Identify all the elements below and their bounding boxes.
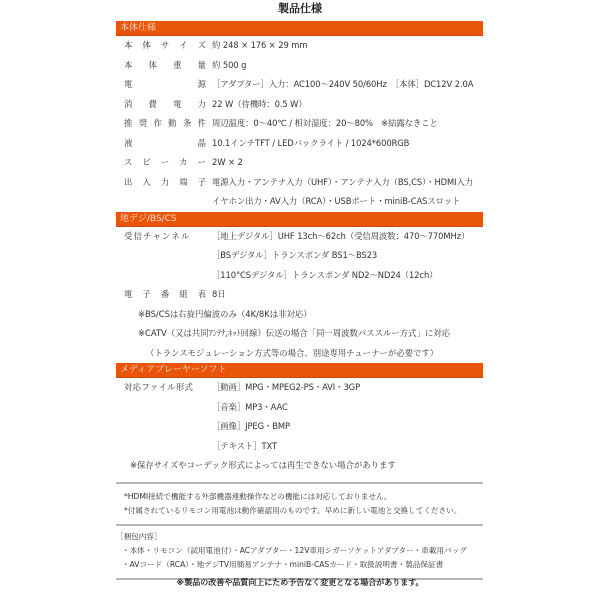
label-char: サ <box>161 36 169 56</box>
spec-label <box>116 437 212 457</box>
label-char: ピ <box>142 153 150 173</box>
spec-value: 10.1インチTFT / LEDバックライト / 1024*600RGB <box>212 134 483 154</box>
label-char: 費 <box>149 95 157 115</box>
spec-value: 8日 <box>212 285 483 305</box>
label-char: 力 <box>198 95 206 115</box>
package-contents: ［梱包内容］ ・本体・リモコン（試用電池付）・ACアダプター・12V車用シガーソ… <box>116 526 483 578</box>
spec-label: 本 体 サ イ ズ <box>116 36 212 56</box>
spec-row-file-formats-text: ［テキスト］TXT <box>116 437 483 457</box>
spec-label: 推 奨 作 動 条 件 <box>116 114 212 134</box>
label-char: 液 <box>124 134 132 154</box>
spec-row-channels: 受信チャンネル ［地上デジタル］UHF 13ch〜62ch（受信周波数：470〜… <box>116 227 483 247</box>
spec-value: ［110°CSデジタル］トランスポンダ ND2〜ND24（12ch） <box>212 266 483 286</box>
label-char: 体 <box>149 56 157 76</box>
note-transmodulation: （トランスモジュレーション方式等の場合、別途専用チューナーが必要です） <box>116 344 483 364</box>
spec-label <box>116 398 212 418</box>
spec-row-channels-bs: ［BSデジタル］トランスポンダ BS1〜BS23 <box>116 246 483 266</box>
spec-value: ［テキスト］TXT <box>212 437 483 457</box>
label-char: 電 <box>124 75 132 95</box>
spec-label: ス ピ ー カ ー <box>116 153 212 173</box>
spec-value: 約 248 × 176 × 29 mm <box>212 36 483 56</box>
spec-row-epg: 電 子 番 組 表 8日 <box>116 285 483 305</box>
label-char: 電 <box>124 285 132 305</box>
label-char: ー <box>161 153 169 173</box>
label-char: 組 <box>179 285 187 305</box>
label-char: 体 <box>142 36 150 56</box>
spec-value: ［地上デジタル］UHF 13ch〜62ch（受信周波数：470〜770MHz） <box>212 227 483 247</box>
note-playback: ※保存サイズやコーデック形式によっては再生できない場合があります <box>116 456 483 476</box>
label-char: 晶 <box>198 134 206 154</box>
label-char: 番 <box>161 285 169 305</box>
spec-value: 周辺温度：0〜40℃ / 相対湿度：20〜80% ※結露なきこと <box>212 114 483 134</box>
label-char: 入 <box>142 173 150 193</box>
spec-value: 2W × 2 <box>212 153 483 173</box>
label-char: 消 <box>124 95 132 115</box>
spec-row-operating-conditions: 推 奨 作 動 条 件 周辺温度：0〜40℃ / 相対湿度：20〜80% ※結露… <box>116 114 483 134</box>
label-char: 本 <box>124 56 132 76</box>
spec-value: ［音楽］MP3・AAC <box>212 398 483 418</box>
page-title: 製品仕様 <box>0 0 600 16</box>
label-char: 条 <box>183 114 191 134</box>
label-char: ズ <box>198 36 206 56</box>
label-char: 電 <box>173 95 181 115</box>
spec-row-file-formats-image: ［画像］JPEG・BMP <box>116 417 483 437</box>
spec-row-power-source: 電 源 ［アダプター］入力：AC100〜240V 50/60Hz ［本体］DC1… <box>116 75 483 95</box>
label-char: 表 <box>198 285 206 305</box>
spec-label: 本 体 重 量 <box>116 56 212 76</box>
label-char: カ <box>179 153 187 173</box>
spec-label: 受信チャンネル <box>116 227 212 247</box>
label-char: イ <box>179 36 187 56</box>
label-char: 力 <box>161 173 169 193</box>
spec-label <box>116 192 212 212</box>
package-line: ・AVコード（RCA）・地デジTV用簡易アンテナ・miniB-CASカード・取扱… <box>116 558 483 572</box>
spec-label <box>116 417 212 437</box>
spec-row-file-formats-audio: ［音楽］MP3・AAC <box>116 398 483 418</box>
spec-row-weight: 本 体 重 量 約 500 g <box>116 56 483 76</box>
label-char: 重 <box>173 56 181 76</box>
spec-label: 対応ファイル形式 <box>116 378 212 398</box>
footnotes: *HDMI接続で機能する外部機器連動操作などの機能には対応しておりません。 *付… <box>116 484 483 524</box>
spec-label: 電 源 <box>116 75 212 95</box>
label-char: 動 <box>168 114 176 134</box>
spec-value: 22 W（待機時：0.5 W） <box>212 95 483 115</box>
spec-label: 液 晶 <box>116 134 212 154</box>
spec-row-power-consumption: 消 費 電 力 22 W（待機時：0.5 W） <box>116 95 483 115</box>
spec-value: ［BSデジタル］トランスポンダ BS1〜BS23 <box>212 246 483 266</box>
spec-label <box>116 246 212 266</box>
spec-label <box>116 266 212 286</box>
section-header-tv-tuner: 地デジ/BS/CS <box>116 212 483 227</box>
label-char: 推 <box>124 114 132 134</box>
spec-value: イヤホン出力・AV入力（RCA）・USBポート・miniB-CASスロット <box>212 192 483 212</box>
section-header-media-player: メディアプレーヤーソフト <box>116 363 483 378</box>
spec-value: 電源入力・アンテナ入力（UHF）・アンテナ入力（BS,CS）・HDMI入力 <box>212 173 483 193</box>
package-title: ［梱包内容］ <box>116 530 483 544</box>
disclaimer: ※製品の改善や品質向上にため予告なく変更となる場合があります。 <box>0 577 600 588</box>
spec-value: ［アダプター］入力：AC100〜240V 50/60Hz ［本体］DC12V 2… <box>212 75 483 95</box>
label-char: ー <box>198 153 206 173</box>
label-char: 量 <box>198 56 206 76</box>
note-catv: ※CATV（又は共同ｱﾝﾃﾅ,ﾈｯﾄ回線）伝送の場合「同一周波数パススルー方式」… <box>116 324 483 344</box>
spec-label: 出 入 力 端 子 <box>116 173 212 193</box>
spec-value: ［動画］MPG・MPEG2-PS・AVI・3GP <box>212 378 483 398</box>
label-char: 奨 <box>139 114 147 134</box>
note-bs-cs: ※BS/CSは右旋円偏波のみ（4K/8Kは非対応） <box>116 305 483 325</box>
spec-label: 消 費 電 力 <box>116 95 212 115</box>
spec-row-speaker: ス ピ ー カ ー 2W × 2 <box>116 153 483 173</box>
label-char: 端 <box>179 173 187 193</box>
spec-sheet: 本体仕様 本 体 サ イ ズ 約 248 × 176 × 29 mm 本 体 重… <box>116 21 483 580</box>
label-char: 源 <box>198 75 206 95</box>
label-char: 子 <box>142 285 150 305</box>
spec-value: ［画像］JPEG・BMP <box>212 417 483 437</box>
spec-row-lcd: 液 晶 10.1インチTFT / LEDバックライト / 1024*600RGB <box>116 134 483 154</box>
spec-label: 電 子 番 組 表 <box>116 285 212 305</box>
spec-row-io-ports: 出 入 力 端 子 電源入力・アンテナ入力（UHF）・アンテナ入力（BS,CS）… <box>116 173 483 193</box>
spec-row-io-ports-cont: イヤホン出力・AV入力（RCA）・USBポート・miniB-CASスロット <box>116 192 483 212</box>
label-char: 子 <box>198 173 206 193</box>
spec-value: 約 500 g <box>212 56 483 76</box>
spec-row-size: 本 体 サ イ ズ 約 248 × 176 × 29 mm <box>116 36 483 56</box>
label-char: 本 <box>124 36 132 56</box>
label-char: 出 <box>124 173 132 193</box>
footnote-battery: *付属されているリモコン用電池は動作確認用のものです。早めに新しい電池と交換して… <box>124 504 483 518</box>
label-char: 作 <box>153 114 161 134</box>
footnote-hdmi: *HDMI接続で機能する外部機器連動操作などの機能には対応しておりません。 <box>124 490 483 504</box>
section-header-main-unit: 本体仕様 <box>116 21 483 36</box>
label-char: ス <box>124 153 132 173</box>
spec-row-file-formats-video: 対応ファイル形式 ［動画］MPG・MPEG2-PS・AVI・3GP <box>116 378 483 398</box>
spec-row-channels-cs: ［110°CSデジタル］トランスポンダ ND2〜ND24（12ch） <box>116 266 483 286</box>
package-line: ・本体・リモコン（試用電池付）・ACアダプター・12V車用シガーソケットアダプタ… <box>116 544 483 558</box>
label-char: 件 <box>198 114 206 134</box>
